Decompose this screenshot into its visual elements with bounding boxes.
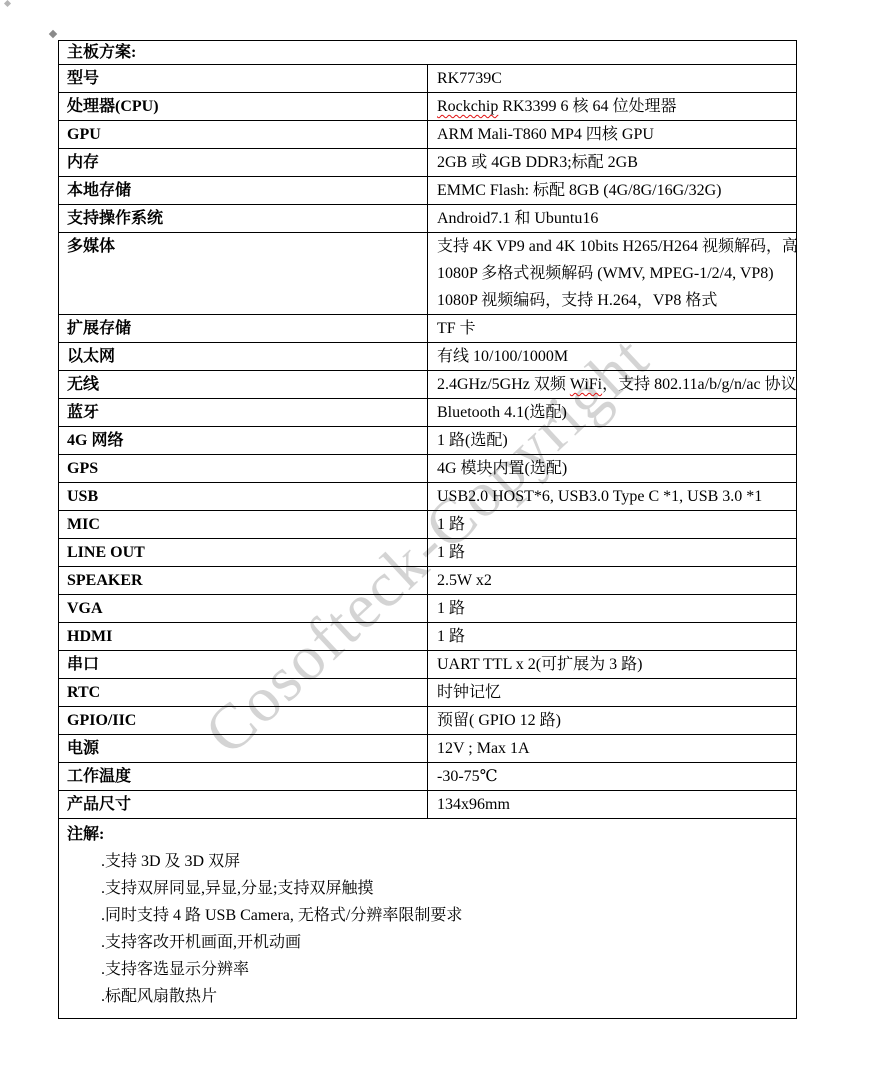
table-row: GPIO/IIC预留( GPIO 12 路) [59,707,797,735]
value-text: 1 路 [437,516,465,533]
value-line: 2GB 或 4GB DDR3;标配 2GB [437,149,796,176]
value-text: UART TTL x 2(可扩展为 3 路) [437,656,642,673]
value-line: 1 路(选配) [437,427,796,454]
value-line: 1 路 [437,539,796,566]
value-text: Bluetooth 4.1(选配) [437,404,567,421]
value-line: 1 路 [437,511,796,538]
table-row: 支持操作系统Android7.1 和 Ubuntu16 [59,205,797,233]
note-item: .标配风扇散热片 [67,983,788,1010]
row-value: 134x96mm [428,791,797,819]
row-value: 1 路 [428,511,797,539]
notes-cell: 注解: .支持 3D 及 3D 双屏.支持双屏同显,异显,分显;支持双屏触摸.同… [59,819,797,1019]
value-text: TF 卡 [437,320,476,337]
table-row: 处理器(CPU)Rockchip RK3399 6 核 64 位处理器 [59,93,797,121]
value-line: UART TTL x 2(可扩展为 3 路) [437,651,796,678]
spec-table-body: 型号RK7739C处理器(CPU)Rockchip RK3399 6 核 64 … [59,65,797,819]
table-row: 本地存储EMMC Flash: 标配 8GB (4G/8G/16G/32G) [59,177,797,205]
row-value: 1 路(选配) [428,427,797,455]
note-item: .支持双屏同显,异显,分显;支持双屏触摸 [67,875,788,902]
table-row: 以太网有线 10/100/1000M [59,343,797,371]
row-value: USB2.0 HOST*6, USB3.0 Type C *1, USB 3.0… [428,483,797,511]
value-line: 4G 模块内置(选配) [437,455,796,482]
note-item: .支持客改开机画面,开机动画 [67,929,788,956]
row-label: GPS [59,455,428,483]
value-line: RK7739C [437,65,796,92]
value-line: 2.4GHz/5GHz 双频 WiFi，支持 802.11a/b/g/n/ac … [437,371,796,398]
row-value: Rockchip RK3399 6 核 64 位处理器 [428,93,797,121]
note-item: .支持 3D 及 3D 双屏 [67,848,788,875]
value-text: 支持 4K VP9 and 4K 10bits H265/H264 视频解码，高… [437,238,796,255]
value-text: 1080P 多格式视频解码 (WMV, MPEG-1/2/4, VP8) [437,265,774,282]
row-label: VGA [59,595,428,623]
row-label: SPEAKER [59,567,428,595]
table-row: 无线2.4GHz/5GHz 双频 WiFi，支持 802.11a/b/g/n/a… [59,371,797,399]
row-label: 电源 [59,735,428,763]
row-value: 时钟记忆 [428,679,797,707]
row-label: GPU [59,121,428,149]
value-text: 时钟记忆 [437,684,501,701]
notes-section: 注解: .支持 3D 及 3D 双屏.支持双屏同显,异显,分显;支持双屏触摸.同… [59,819,797,1019]
value-text: ARM Mali-T860 MP4 四核 GPU [437,126,654,143]
value-text: -30-75℃ [437,768,498,785]
value-line: 预留( GPIO 12 路) [437,707,796,734]
value-text: 134x96mm [437,796,510,813]
value-text: RK7739C [437,70,502,87]
notes-list: .支持 3D 及 3D 双屏.支持双屏同显,异显,分显;支持双屏触摸.同时支持 … [67,848,788,1010]
value-text: 1 路(选配) [437,432,508,449]
row-label: 处理器(CPU) [59,93,428,121]
note-item: .支持客选显示分辨率 [67,956,788,983]
row-label: 产品尺寸 [59,791,428,819]
value-text: USB2.0 HOST*6, USB3.0 Type C *1, USB 3.0… [437,488,762,505]
row-label: 蓝牙 [59,399,428,427]
value-line: -30-75℃ [437,763,796,790]
table-row: 产品尺寸134x96mm [59,791,797,819]
row-value: Bluetooth 4.1(选配) [428,399,797,427]
row-value: Android7.1 和 Ubuntu16 [428,205,797,233]
value-line: ARM Mali-T860 MP4 四核 GPU [437,121,796,148]
value-line: USB2.0 HOST*6, USB3.0 Type C *1, USB 3.0… [437,483,796,510]
table-row: GPS4G 模块内置(选配) [59,455,797,483]
value-text: 1 路 [437,628,465,645]
table-row: MIC1 路 [59,511,797,539]
table-row: 内存2GB 或 4GB DDR3;标配 2GB [59,149,797,177]
value-line: TF 卡 [437,315,796,342]
table-title: 主板方案: [59,41,797,65]
value-line: Rockchip RK3399 6 核 64 位处理器 [437,93,796,120]
row-label: HDMI [59,623,428,651]
row-label: 内存 [59,149,428,177]
row-label: LINE OUT [59,539,428,567]
table-row: 型号RK7739C [59,65,797,93]
value-line: 1080P 视频编码，支持 H.264，VP8 格式 [437,287,796,314]
row-label: MIC [59,511,428,539]
row-value: TF 卡 [428,315,797,343]
row-value: 2.4GHz/5GHz 双频 WiFi，支持 802.11a/b/g/n/ac … [428,371,797,399]
table-row: VGA1 路 [59,595,797,623]
value-line: 134x96mm [437,791,796,818]
value-text: 2.4GHz/5GHz 双频 [437,376,570,393]
row-label: 型号 [59,65,428,93]
value-line: 12V ; Max 1A [437,735,796,762]
value-line: 支持 4K VP9 and 4K 10bits H265/H264 视频解码，高… [437,233,796,260]
value-line: 1080P 多格式视频解码 (WMV, MPEG-1/2/4, VP8) [437,260,796,287]
value-line: 时钟记忆 [437,679,796,706]
row-value: 1 路 [428,539,797,567]
value-text: 12V ; Max 1A [437,740,530,757]
row-label: 工作温度 [59,763,428,791]
notes-row: 注解: .支持 3D 及 3D 双屏.支持双屏同显,异显,分显;支持双屏触摸.同… [59,819,797,1019]
table-row: LINE OUT1 路 [59,539,797,567]
row-label: 支持操作系统 [59,205,428,233]
value-text: 预留( GPIO 12 路) [437,712,561,729]
row-value: 4G 模块内置(选配) [428,455,797,483]
row-value: 1 路 [428,595,797,623]
table-row: 蓝牙Bluetooth 4.1(选配) [59,399,797,427]
value-line: Android7.1 和 Ubuntu16 [437,205,796,232]
row-value: ARM Mali-T860 MP4 四核 GPU [428,121,797,149]
table-row: 串口UART TTL x 2(可扩展为 3 路) [59,651,797,679]
row-value: 预留( GPIO 12 路) [428,707,797,735]
value-line: 1 路 [437,623,796,650]
value-text: 2.5W x2 [437,572,492,589]
value-line: 1 路 [437,595,796,622]
row-value: 12V ; Max 1A [428,735,797,763]
row-value: 有线 10/100/1000M [428,343,797,371]
row-value: 1 路 [428,623,797,651]
value-text: 1 路 [437,544,465,561]
table-row: 电源12V ; Max 1A [59,735,797,763]
row-value: EMMC Flash: 标配 8GB (4G/8G/16G/32G) [428,177,797,205]
row-label: 本地存储 [59,177,428,205]
row-label: 无线 [59,371,428,399]
table-row: 多媒体支持 4K VP9 and 4K 10bits H265/H264 视频解… [59,233,797,315]
value-text: 有线 10/100/1000M [437,348,568,365]
table-row: 4G 网络1 路(选配) [59,427,797,455]
document-page: Cosofteck-Copyright 主板方案: 型号RK7739C处理器(C… [0,0,886,1067]
table-row: 扩展存储TF 卡 [59,315,797,343]
misspelled-word: Rockchip [437,98,498,115]
row-label: 以太网 [59,343,428,371]
row-value: 支持 4K VP9 and 4K 10bits H265/H264 视频解码，高… [428,233,797,315]
spec-table: 主板方案: 型号RK7739C处理器(CPU)Rockchip RK3399 6… [58,40,797,1019]
value-line: 有线 10/100/1000M [437,343,796,370]
row-value: -30-75℃ [428,763,797,791]
row-value: 2GB 或 4GB DDR3;标配 2GB [428,149,797,177]
note-item: .同时支持 4 路 USB Camera, 无格式/分辨率限制要求 [67,902,788,929]
misspelled-word: WiFi [570,376,602,393]
value-line: Bluetooth 4.1(选配) [437,399,796,426]
table-row: USBUSB2.0 HOST*6, USB3.0 Type C *1, USB … [59,483,797,511]
value-text: 1 路 [437,600,465,617]
value-text: EMMC Flash: 标配 8GB (4G/8G/16G/32G) [437,182,721,199]
value-text: ，支持 802.11a/b/g/n/ac 协议 、2x2 MIMO 技术 [602,376,796,393]
value-text: 1080P 视频编码，支持 H.264，VP8 格式 [437,292,717,309]
row-label: USB [59,483,428,511]
value-text: RK3399 6 核 64 位处理器 [498,98,676,115]
row-value: RK7739C [428,65,797,93]
table-row: HDMI1 路 [59,623,797,651]
notes-title: 注解: [67,821,788,848]
row-label: 多媒体 [59,233,428,315]
table-row: RTC时钟记忆 [59,679,797,707]
value-text: 4G 模块内置(选配) [437,460,567,477]
value-text: Android7.1 和 Ubuntu16 [437,210,598,227]
value-line: EMMC Flash: 标配 8GB (4G/8G/16G/32G) [437,177,796,204]
table-title-row: 主板方案: [59,41,797,65]
table-row: SPEAKER2.5W x2 [59,567,797,595]
table-anchor-icon[interactable] [49,30,57,38]
row-label: GPIO/IIC [59,707,428,735]
table-row: 工作温度-30-75℃ [59,763,797,791]
row-label: 串口 [59,651,428,679]
row-label: 4G 网络 [59,427,428,455]
row-value: UART TTL x 2(可扩展为 3 路) [428,651,797,679]
row-label: 扩展存储 [59,315,428,343]
value-text: 2GB 或 4GB DDR3;标配 2GB [437,154,638,171]
row-value: 2.5W x2 [428,567,797,595]
row-label: RTC [59,679,428,707]
page-corner-artifact-icon [4,0,11,7]
table-row: GPUARM Mali-T860 MP4 四核 GPU [59,121,797,149]
value-line: 2.5W x2 [437,567,796,594]
